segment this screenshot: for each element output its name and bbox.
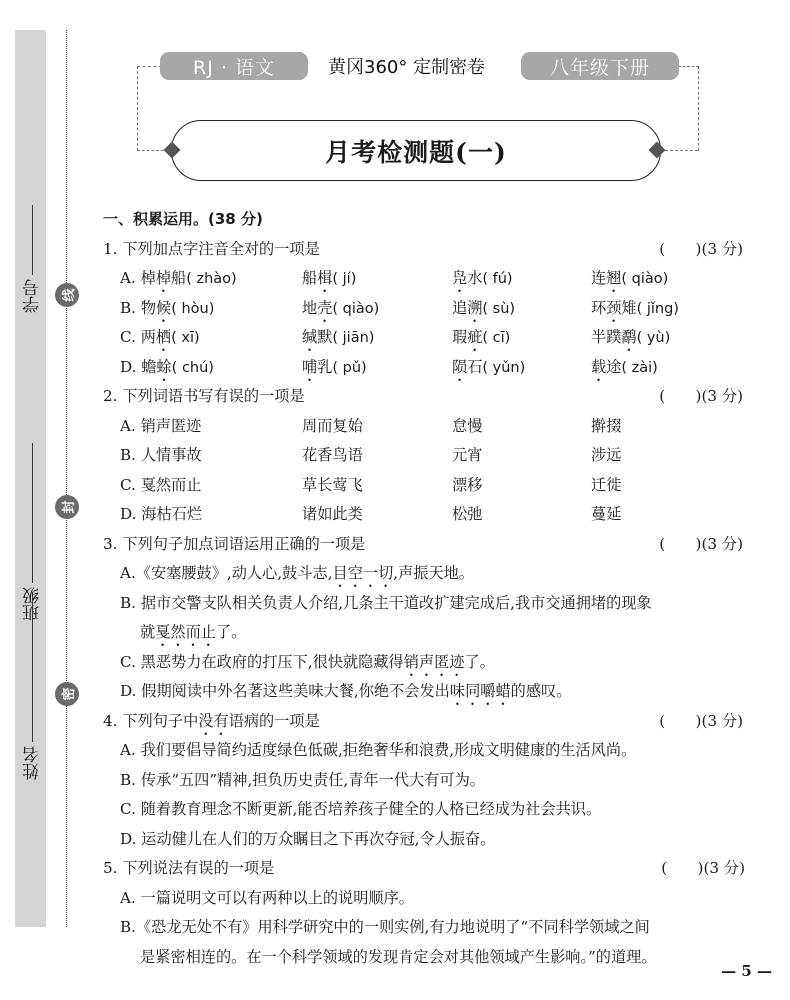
answer-blank[interactable]: ( )(3 分) — [659, 382, 743, 412]
pinyin-item: 瑕疵( cī) — [452, 323, 591, 353]
exam-content: 一、积累运用。(38 分) 1. 下列加点字注音全对的一项是 ( )(3 分) … — [103, 205, 743, 972]
option-d: D. 海枯石烂诸如此类松弛蔓延 — [103, 500, 743, 530]
bracket-foot-right — [660, 150, 698, 151]
option-a: A.《安塞腰鼓》,动人心,鼓斗志,目空一切,声振天地。 — [103, 559, 743, 589]
emphasized-char: 楫 — [317, 264, 332, 296]
pinyin: ( zhào) — [186, 265, 236, 295]
option-d: D. 假期阅读中外名著这些美味大餐,你绝不会发出味同嚼蜡的感叹。 — [103, 677, 743, 707]
word-item: B. 人情事故 — [120, 441, 302, 471]
question-stem-post: 语病的一项是 — [229, 712, 320, 730]
pinyin: ( sù) — [482, 295, 515, 325]
emphasized-char: 陨 — [452, 353, 467, 385]
question-2-options: A. 销声匿迹周而复始怠慢擀掇B. 人情事故花香鸟语元宵涉远C. 戛然而止草长莺… — [103, 412, 743, 530]
emphasized-word: 没有 — [198, 712, 228, 730]
pinyin-item: 半蹼鹬( yù) — [591, 323, 711, 353]
word-item: 漂移 — [452, 471, 591, 501]
emphasized-char: 鹬 — [621, 323, 636, 355]
question-stem-pre: 4. 下列句子中 — [103, 712, 198, 730]
emphasized-char: 棹 — [156, 264, 171, 296]
pinyin: ( hòu) — [171, 295, 214, 325]
emphasized-phrase: 销声匿迹 — [404, 653, 465, 671]
word-item: 周而复始 — [302, 412, 452, 442]
pinyin: ( chú) — [172, 354, 214, 384]
word-item: C. 戛然而止 — [120, 471, 302, 501]
exam-title-box: 月考检测题(一) — [171, 120, 661, 181]
pinyin: ( jiān) — [332, 324, 374, 354]
pinyin-item: C. 两栖( xī) — [120, 323, 302, 353]
word-item: 元宵 — [452, 441, 591, 471]
emphasized-char: 候 — [156, 294, 171, 326]
option-b-continued: 就戛然而止了。 — [103, 618, 743, 648]
emphasized-char: 栖 — [156, 323, 171, 355]
page-number: — 5 — — [721, 962, 772, 980]
option-a: A. 棹棹船( zhào)船楫( jí)凫水( fú)连翘( qiào) — [103, 264, 743, 294]
word-item: 花香鸟语 — [302, 441, 452, 471]
pinyin-item: 载途( zài) — [591, 353, 711, 383]
emphasized-phrase: 目空一切 — [333, 564, 394, 582]
question-1: 1. 下列加点字注音全对的一项是 ( )(3 分) — [103, 235, 743, 265]
pinyin-item: 船楫( jí) — [302, 264, 452, 294]
word-item: 松弛 — [452, 500, 591, 530]
option-d: D. 运动健儿在人们的万众瞩目之下再次夺冠,令人振奋。 — [103, 825, 743, 855]
option-b: B.《恐龙无处不有》用科学研究中的一则实例,有力地说明了“不同科学领域之间 — [103, 913, 743, 943]
word-item: 诸如此类 — [302, 500, 452, 530]
pinyin: ( qiào) — [332, 295, 379, 325]
question-3-options: A.《安塞腰鼓》,动人心,鼓斗志,目空一切,声振天地。B. 据市交警支队相关负责… — [103, 559, 743, 707]
seal-secret-icon: 密 — [55, 682, 79, 706]
answer-blank[interactable]: ( )(3 分) — [659, 530, 743, 560]
class-blank[interactable] — [32, 443, 34, 583]
exam-title: 月考检测题(一) — [325, 133, 507, 169]
name-field[interactable]: 姓名 — [20, 592, 45, 780]
pinyin-item: D. 蟾蜍( chú) — [120, 353, 302, 383]
pinyin: ( jí) — [332, 265, 356, 295]
header-bracket-right — [678, 66, 699, 151]
header-bracket-left — [137, 66, 162, 151]
option-d: D. 蟾蜍( chú)哺乳( pǔ)陨石( yǔn)载途( zài) — [103, 353, 743, 383]
pinyin: ( fú) — [482, 265, 512, 295]
pinyin-item: B. 物候( hòu) — [120, 294, 302, 324]
question-3: 3. 下列句子加点词语运用正确的一项是 ( )(3 分) — [103, 530, 743, 560]
cut-line — [66, 30, 67, 927]
name-blank[interactable] — [32, 592, 34, 742]
word-item: A. 销声匿迹 — [120, 412, 302, 442]
option-b-continued: 是紧密相连的。在一个科学领域的发现肯定会对其他领域产生影响。”的道理。 — [103, 943, 743, 973]
pinyin-item: 哺乳( pǔ) — [302, 353, 452, 383]
emphasized-char: 壳 — [317, 294, 332, 326]
word-item: 草长莺飞 — [302, 471, 452, 501]
word-item: 涉远 — [591, 441, 711, 471]
word-item: 怠慢 — [452, 412, 591, 442]
option-a: A. 销声匿迹周而复始怠慢擀掇 — [103, 412, 743, 442]
answer-blank[interactable]: ( )(3 分) — [659, 707, 743, 737]
seal-seal-icon: 封 — [55, 495, 79, 519]
pinyin-item: 缄默( jiān) — [302, 323, 452, 353]
word-item: 擀掇 — [591, 412, 711, 442]
option-a: A. 我们要倡导简约适度绿色低碳,拒绝奢华和浪费,形成文明健康的生活风尚。 — [103, 736, 743, 766]
grade-badge: 八年级下册 — [521, 52, 679, 80]
answer-blank[interactable]: ( )(3 分) — [659, 235, 743, 265]
pinyin-item: 环颈雉( jǐng) — [591, 294, 711, 324]
question-1-options: A. 棹棹船( zhào)船楫( jí)凫水( fú)连翘( qiào)B. 物… — [103, 264, 743, 382]
question-4: 4. 下列句子中没有语病的一项是 ( )(3 分) — [103, 707, 743, 737]
option-c: C. 两栖( xī)缄默( jiān)瑕疵( cī)半蹼鹬( yù) — [103, 323, 743, 353]
option-b: B. 物候( hòu)地壳( qiào)追溯( sù)环颈雉( jǐng) — [103, 294, 743, 324]
pinyin: ( xī) — [171, 324, 200, 354]
question-stem: 5. 下列说法有误的一项是 — [103, 859, 274, 877]
emphasized-char: 凫 — [452, 264, 467, 296]
answer-blank[interactable]: ( )(3 分) — [661, 854, 745, 884]
option-b: B. 据市交警支队相关负责人介绍,几条主干道改扩建完成后,我市交通拥堵的现象 — [103, 589, 743, 619]
option-c: C. 黑恶势力在政府的打压下,很快就隐藏得销声匿迹了。 — [103, 648, 743, 678]
emphasized-char: 疵 — [467, 323, 482, 355]
emphasized-char: 颈 — [606, 294, 621, 326]
pinyin: ( yù) — [637, 324, 671, 354]
emphasized-char: 载 — [591, 353, 606, 385]
question-stem: 1. 下列加点字注音全对的一项是 — [103, 240, 320, 258]
pinyin: ( zài) — [621, 354, 657, 384]
pinyin-item: A. 棹棹船( zhào) — [120, 264, 302, 294]
option-a: A. 一篇说明文可以有两种以上的说明顺序。 — [103, 884, 743, 914]
pinyin: ( yǔn) — [482, 354, 525, 384]
question-5: 5. 下列说法有误的一项是 ( )(3 分) — [103, 854, 743, 884]
pinyin: ( qiào) — [621, 265, 668, 295]
question-2: 2. 下列词语书写有误的一项是 ( )(3 分) — [103, 382, 743, 412]
word-item: 迁徙 — [591, 471, 711, 501]
section-heading: 一、积累运用。(38 分) — [103, 205, 743, 235]
emphasized-char: 溯 — [467, 294, 482, 326]
question-stem: 2. 下列词语书写有误的一项是 — [103, 387, 305, 405]
word-item: 蔓延 — [591, 500, 711, 530]
pinyin: ( pǔ) — [332, 354, 366, 384]
option-b: B. 人情事故花香鸟语元宵涉远 — [103, 441, 743, 471]
seal-line-icon: 线 — [55, 283, 79, 307]
pinyin: ( cī) — [482, 324, 510, 354]
emphasized-char: 翘 — [606, 264, 621, 296]
pinyin-item: 地壳( qiào) — [302, 294, 452, 324]
option-c: C. 戛然而止草长莺飞漂移迁徙 — [103, 471, 743, 501]
emphasized-phrase: 味同嚼蜡 — [450, 682, 511, 700]
series-title: 黄冈360° 定制密卷 — [328, 52, 485, 80]
word-item: D. 海枯石烂 — [120, 500, 302, 530]
student-id-label: 学号 — [20, 279, 45, 313]
emphasized-char: 哺 — [302, 353, 317, 385]
emphasized-phrase: 戛然而止 — [155, 623, 216, 641]
student-id-blank[interactable] — [32, 205, 34, 275]
pinyin-item: 追溯( sù) — [452, 294, 591, 324]
subject-badge: RJ · 语文 — [160, 52, 308, 80]
option-c: C. 随着教育理念不断更新,能否培养孩子健全的人格已经成为社会共识。 — [103, 795, 743, 825]
name-label: 姓名 — [20, 746, 45, 780]
emphasized-char: 缄 — [302, 323, 317, 355]
pinyin-item: 凫水( fú) — [452, 264, 591, 294]
option-b: B. 传承“五四”精神,担负历史责任,青年一代大有可为。 — [103, 766, 743, 796]
pinyin-item: 连翘( qiào) — [591, 264, 711, 294]
pinyin-item: 陨石( yǔn) — [452, 353, 591, 383]
student-id-field[interactable]: 学号 — [20, 205, 45, 313]
pinyin: ( jǐng) — [637, 295, 679, 325]
emphasized-char: 蜍 — [156, 353, 171, 385]
question-stem: 3. 下列句子加点词语运用正确的一项是 — [103, 535, 365, 553]
